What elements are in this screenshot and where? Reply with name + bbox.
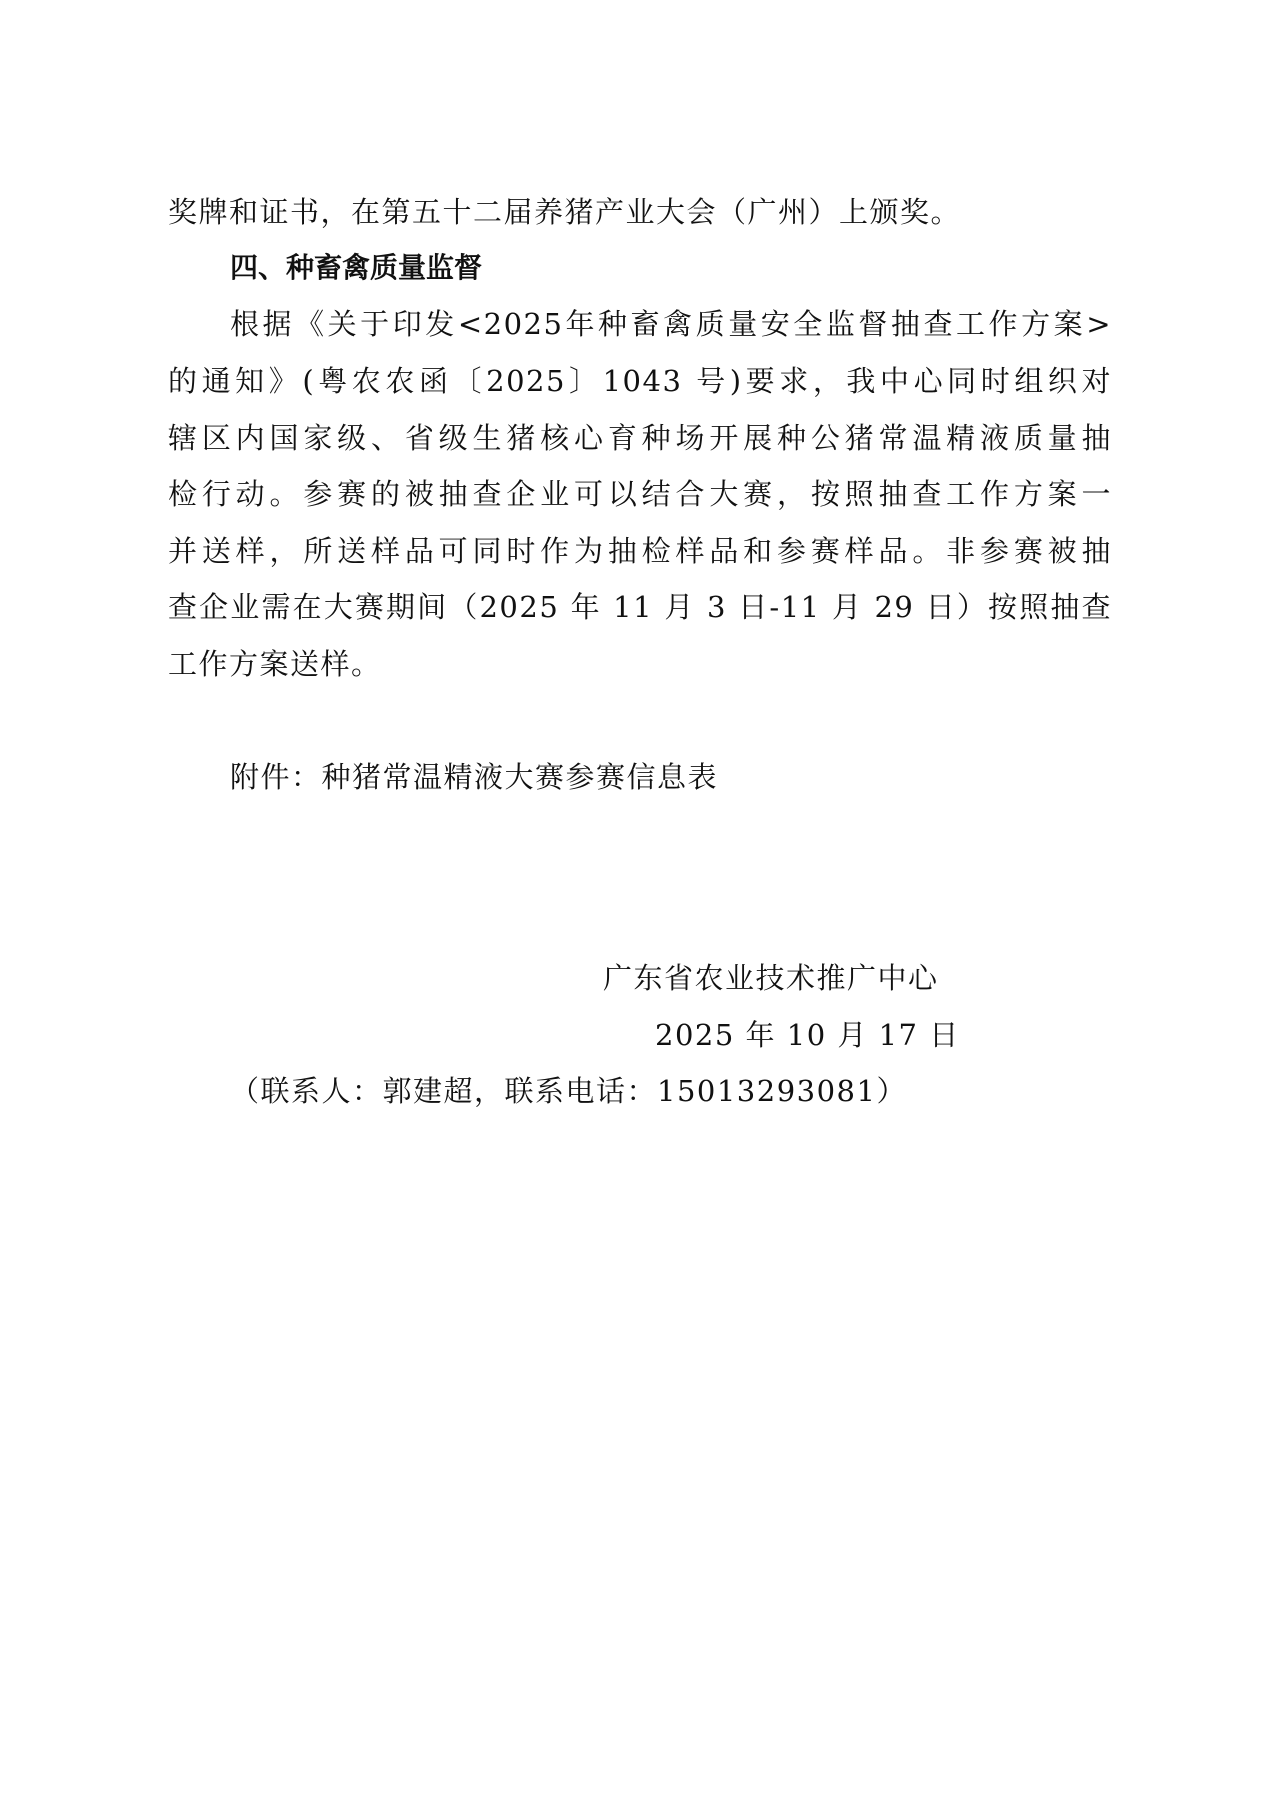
paragraph-line: 查企业需在大赛期间（2025 年 11 月 3 日-11 月 29 日）按照抽查 [168,587,1112,627]
paragraph-line: 根据《关于印发<2025年种畜禽质量安全监督抽查工作方案> [230,304,1112,344]
signature-organization: 广东省农业技术推广中心 [603,958,939,998]
document-page: 奖牌和证书，在第五十二届养猪产业大会（广州）上颁奖。 四、种畜禽质量监督 根据《… [0,0,1280,1810]
signature-date: 2025 年 10 月 17 日 [655,1015,960,1055]
contact-line: （联系人：郭建超，联系电话：15013293081） [230,1071,907,1111]
paragraph-line: 的通知》(粤农农函〔2025〕1043 号)要求，我中心同时组织对 [168,361,1112,401]
attachment-line: 附件：种猪常温精液大赛参赛信息表 [230,757,1174,797]
continuation-line: 奖牌和证书，在第五十二届养猪产业大会（广州）上颁奖。 [168,192,1112,232]
paragraph-line: 辖区内国家级、省级生猪核心育种场开展种公猪常温精液质量抽 [168,418,1112,458]
section-heading: 四、种畜禽质量监督 [230,248,1174,288]
paragraph-line: 工作方案送样。 [168,644,1112,684]
paragraph-line: 检行动。参赛的被抽查企业可以结合大赛，按照抽查工作方案一 [168,474,1112,514]
paragraph-line: 并送样，所送样品可同时作为抽检样品和参赛样品。非参赛被抽 [168,531,1112,571]
